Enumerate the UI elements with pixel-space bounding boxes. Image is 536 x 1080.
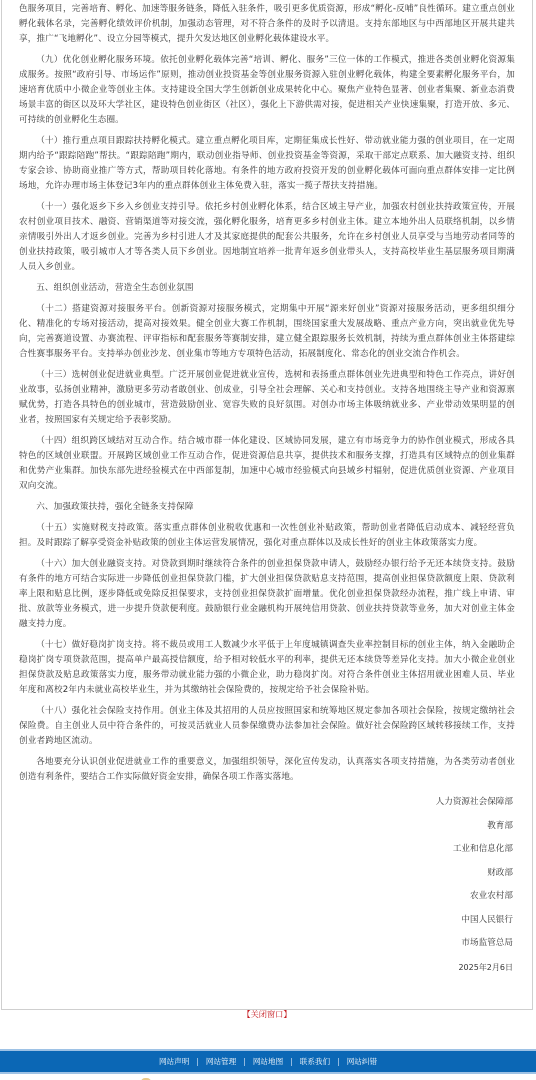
signatory: 农业农村部 xyxy=(19,885,515,909)
signatory: 中国人民银行 xyxy=(19,909,515,933)
footer-link-management[interactable]: 网站管理 xyxy=(201,1056,241,1067)
signatory: 财政部 xyxy=(19,862,515,886)
signatory: 人力资源社会保障部 xyxy=(19,791,515,815)
signatory: 市场监管总局 xyxy=(19,932,515,956)
article-body: 色服务项目，完善培育、孵化、加速等服务链条，降低入驻条件，吸引更多优质资源，形成… xyxy=(19,2,515,979)
article-paragraph: （十二）搭建资源对接服务平台。创新资源对接服务模式，定期集中开展“源来好创业”资… xyxy=(19,302,515,362)
article-paragraph: （十七）做好稳岗扩岗支持。将不裁员或用工人数减少水平低于上年度城镇调查失业率控制… xyxy=(19,638,515,698)
footer-link-error-report[interactable]: 网站纠错 xyxy=(342,1056,382,1067)
footer-link-sitemap[interactable]: 网站地图 xyxy=(248,1056,288,1067)
signatory: 工业和信息化部 xyxy=(19,838,515,862)
article-paragraph: （十四）组织跨区域结对互动合作。结合城市群一体化建设、区域协同发展，建立有市场竞… xyxy=(19,434,515,494)
footer-link-statement[interactable]: 网站声明 xyxy=(154,1056,194,1067)
article-paragraph: （十一）强化返乡下乡入乡创业支持引导。依托乡村创业孵化体系，结合区域主导产业，加… xyxy=(19,200,515,275)
article-paragraph: （十八）强化社会保险支持作用。创业主体及其招用的人员应按照国家和统筹地区规定参加… xyxy=(19,704,515,749)
footer-link-contact[interactable]: 联系我们 xyxy=(295,1056,335,1067)
closing-paragraph: 各地要充分认识创业促进就业工作的重要意义，加强组织领导，深化宣传发动，认真落实各… xyxy=(19,755,515,785)
article-paragraph: （十六）加大创业融资支持。对贷款到期时继续符合条件的创业担保贷款申请人，鼓励经办… xyxy=(19,557,515,632)
footer-nav: 网站声明 | 网站管理 | 网站地图 | 联系我们 | 网站纠错 xyxy=(0,1049,536,1074)
article-paragraph: （十三）选树创业促进就业典型。广泛开展创业促进就业宣传，选树和表扬重点群体创业先… xyxy=(19,368,515,428)
article-container: 色服务项目，完善培育、孵化、加速等服务链条，降低入驻条件，吸引更多优质资源，形成… xyxy=(1,0,533,1010)
section-heading: 六、加强政策扶持，强化全链条支持保障 xyxy=(19,500,515,515)
section-heading: 五、组织创业活动，营造全生态创业氛围 xyxy=(19,281,515,296)
article-paragraph: 色服务项目，完善培育、孵化、加速等服务链条，降低入驻条件，吸引更多优质资源，形成… xyxy=(19,2,515,47)
signatory: 教育部 xyxy=(19,815,515,839)
close-window-link[interactable]: 【关闭窗口】 xyxy=(2,1009,532,1020)
article-paragraph: （十五）实施财税支持政策。落实重点群体创业税收优惠和一次性创业补贴政策，帮助创业… xyxy=(19,521,515,551)
publish-date: 2025年2月6日 xyxy=(19,956,515,980)
signatory-list: 人力资源社会保障部 教育部 工业和信息化部 财政部 农业农村部 中国人民银行 市… xyxy=(19,791,515,979)
article-paragraph: （十）推行重点项目跟踪扶持孵化模式。建立重点孵化项目库，定期征集成长性好、带动就… xyxy=(19,134,515,194)
article-paragraph: （九）优化创业孵化服务环境。依托创业孵化载体完善“培训、孵化、服务”三位一体的工… xyxy=(19,53,515,128)
